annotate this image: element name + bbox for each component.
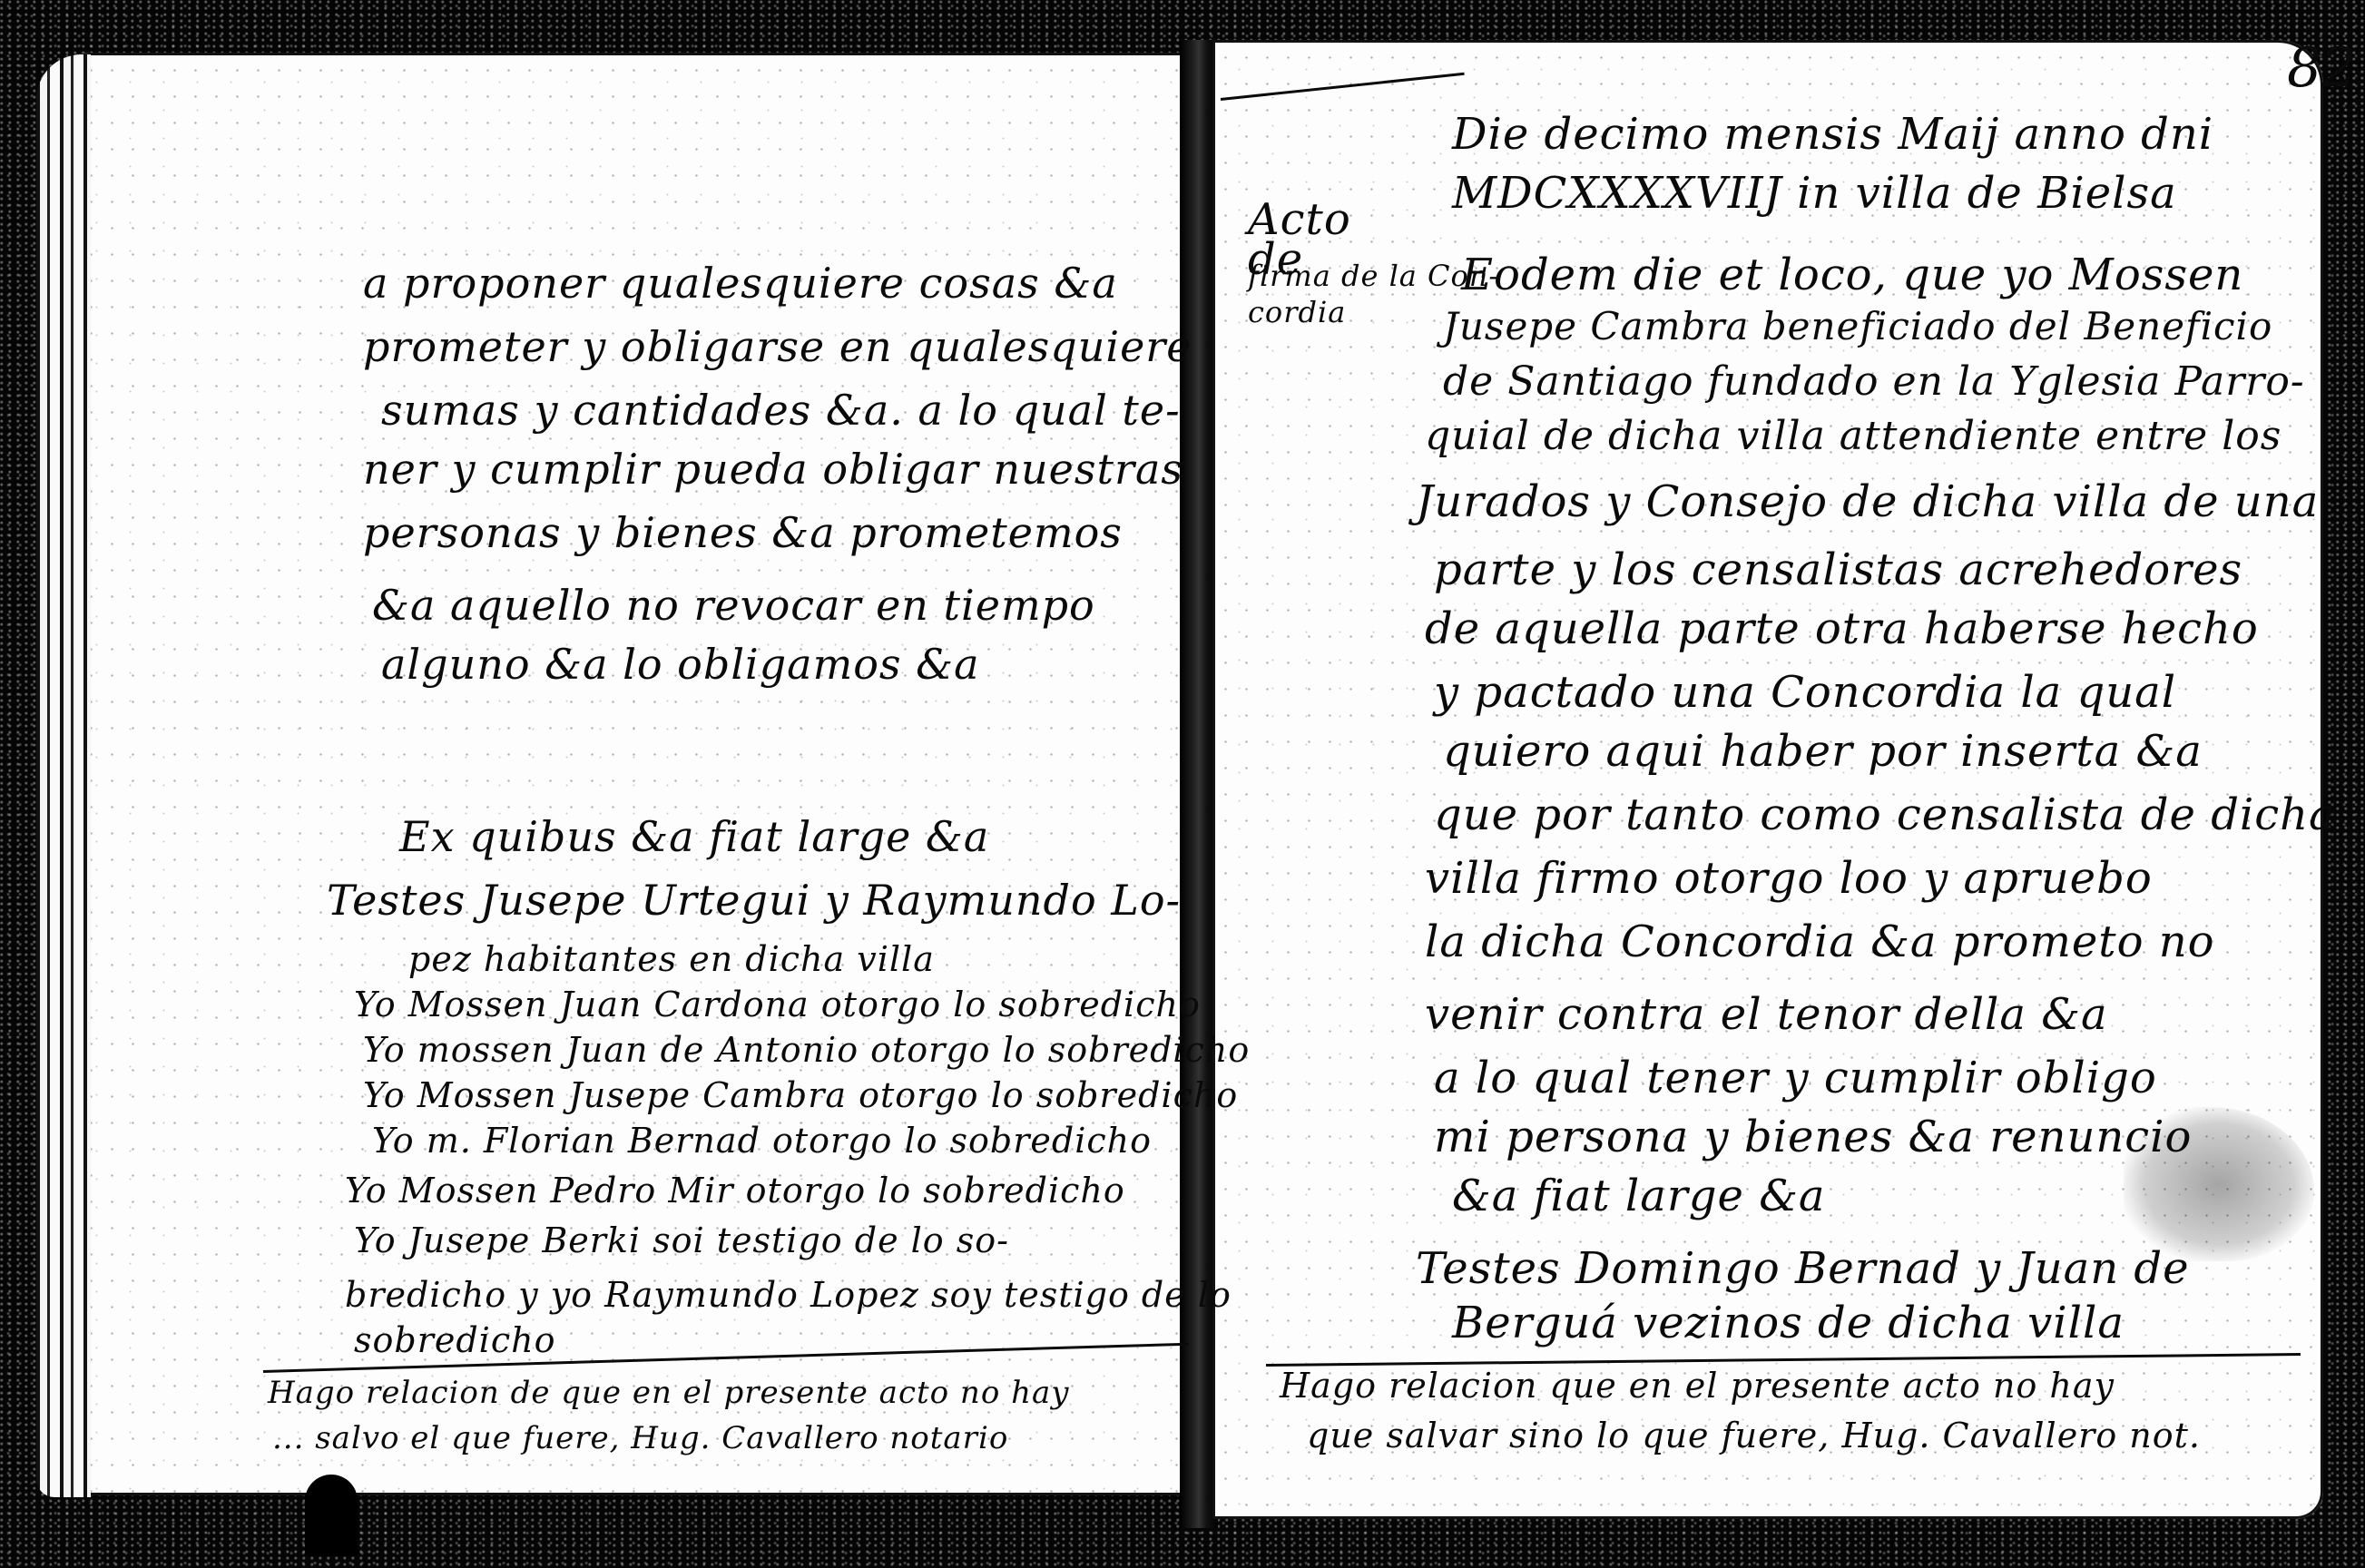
text-line: &a fiat large &a — [1452, 1171, 1826, 1221]
text-line: a lo qual tener y cumplir obligo — [1434, 1053, 2157, 1103]
text-line: sobredicho — [354, 1320, 555, 1360]
text-line: la dicha Concordia &a prometo no — [1425, 916, 2215, 967]
signature-line: Yo mossen Juan de Antonio otorgo lo sobr… — [363, 1030, 1250, 1070]
footer-note-line: Hago relacion de que en el presente acto… — [268, 1375, 1070, 1411]
text-line: Berguá vezinos de dicha villa — [1452, 1298, 2125, 1348]
footer-note-line: que salvar sino lo que fuere, Hug. Caval… — [1307, 1416, 2201, 1455]
folio-number: 82 — [2287, 36, 2356, 100]
signature-line: Yo Mossen Jusepe Cambra otorgo lo sobred… — [363, 1075, 1238, 1115]
text-line: de Santiago fundado en la Yglesia Parro- — [1443, 358, 2305, 405]
text-line: y pactado una Concordia la qual — [1434, 667, 2176, 718]
text-line: Jusepe Cambra beneficiado del Beneficio — [1443, 304, 2272, 348]
text-line: quial de dicha villa attendiente entre l… — [1425, 413, 2282, 459]
text-line: personas y bienes &a prometemos — [363, 508, 1123, 557]
book-fore-edge — [36, 54, 91, 1497]
text-line: de aquella parte otra haberse hecho — [1425, 603, 2259, 654]
text-line: bredicho y yo Raymundo Lopez soy testigo… — [345, 1275, 1232, 1315]
text-line: villa firmo otorgo loo y apruebo — [1425, 853, 2153, 904]
text-line: sumas y cantidades &a. a lo qual te- — [381, 386, 1181, 435]
text-line: ner y cumplir pueda obligar nuestras — [363, 445, 1183, 494]
margin-note-line: cordia — [1248, 295, 1346, 329]
footer-note-line: Hago relacion que en el presente acto no… — [1280, 1366, 2115, 1406]
signature-line: Yo m. Florian Bernad otorgo lo sobredich… — [372, 1121, 1152, 1161]
text-line: Testes Jusepe Urtegui y Raymundo Lo- — [327, 876, 1181, 925]
text-line: Ex quibus &a fiat large &a — [399, 812, 989, 861]
text-line: pez habitantes en dicha villa — [408, 939, 935, 979]
text-line: MDCXXXXVIIJ in villa de Bielsa — [1452, 168, 2177, 219]
text-line: prometer y obligarse en qualesquiere — [363, 322, 1192, 371]
text-line: Eodem die et loco, que yo Mossen — [1461, 250, 2243, 300]
text-line: Yo Jusepe Berki soi testigo de lo so- — [354, 1220, 1009, 1260]
text-line: quiero aqui haber por inserta &a — [1443, 726, 2203, 777]
binding-tab — [305, 1475, 358, 1556]
text-line: que por tanto como censalista de dicha — [1434, 789, 2336, 840]
text-line: alguno &a lo obligamos &a — [381, 640, 980, 689]
signature-line: Yo Mossen Juan Cardona otorgo lo sobredi… — [354, 985, 1201, 1024]
text-line: venir contra el tenor della &a — [1425, 989, 2108, 1040]
text-line: parte y los censalistas acrehedores — [1434, 544, 2242, 595]
text-line: Jurados y Consejo de dicha villa de una — [1416, 476, 2319, 527]
text-line: mi persona y bienes &a renuncio — [1434, 1112, 2192, 1162]
footer-note-line: ... salvo el que fuere, Hug. Cavallero n… — [272, 1420, 1008, 1456]
text-line: Die decimo mensis Maij anno dni — [1452, 109, 2213, 160]
text-line: &a aquello no revocar en tiempo — [372, 581, 1095, 630]
signature-line: Yo Mossen Pedro Mir otorgo lo sobredicho — [345, 1171, 1125, 1210]
text-line: Testes Domingo Bernad y Juan de — [1416, 1243, 2190, 1294]
text-line: a proponer qualesquiere cosas &a — [363, 259, 1118, 308]
